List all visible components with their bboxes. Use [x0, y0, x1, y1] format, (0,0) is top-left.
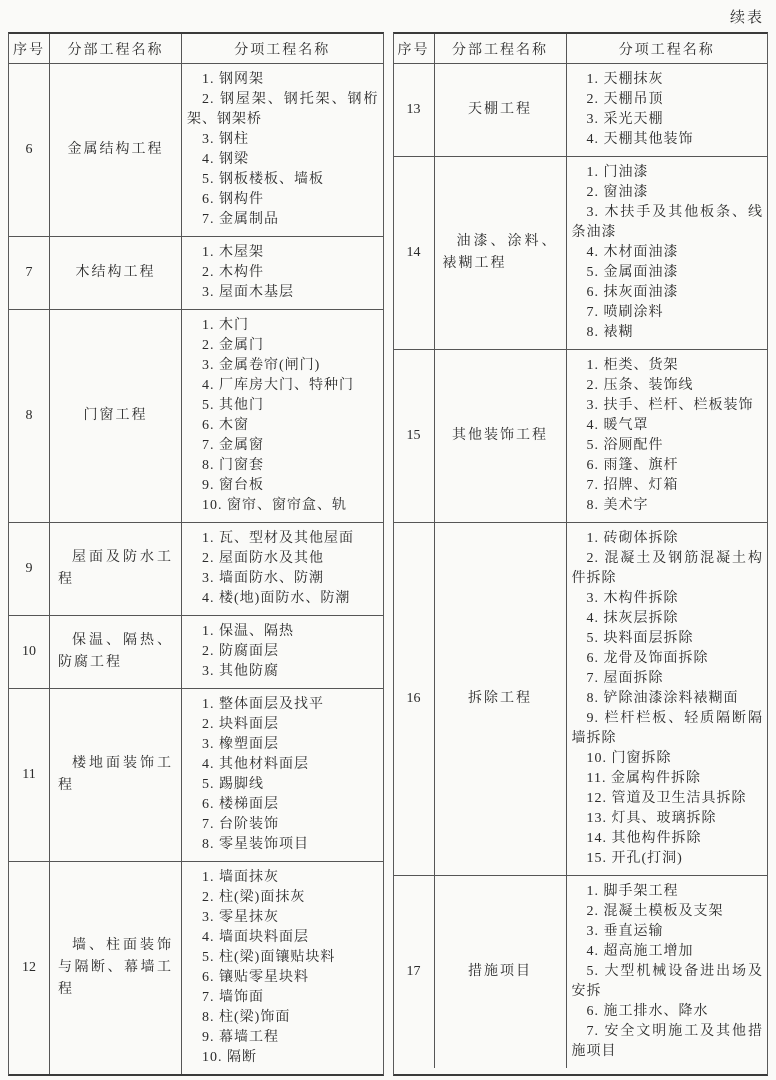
item-text: 12. 管道及卫生洁具拆除 — [572, 789, 764, 809]
column-header: 序号 — [394, 34, 434, 63]
item-text: 3. 金属卷帘(闸门) — [187, 356, 379, 376]
item-text: 3. 采光天棚 — [572, 110, 764, 130]
item-text: 4. 超高施工增加 — [572, 942, 764, 962]
division-name-cell: 油漆、涂料、裱糊工程 — [434, 157, 566, 349]
division-name-cell: 天棚工程 — [434, 64, 566, 156]
items-cell: 1. 墙面抹灰2. 柱(梁)面抹灰3. 零星抹灰4. 墙面块料面层5. 柱(梁)… — [181, 862, 383, 1074]
item-text: 4. 木材面油漆 — [572, 243, 764, 263]
item-text: 9. 幕墙工程 — [187, 1028, 379, 1048]
division-name: 措施项目 — [443, 961, 558, 983]
item-text: 2. 块料面层 — [187, 715, 379, 735]
item-text: 7. 金属窗 — [187, 436, 379, 456]
item-text: 6. 施工排水、降水 — [572, 1002, 764, 1022]
division-name-cell: 措施项目 — [434, 876, 566, 1068]
division-name: 楼地面装饰工程 — [58, 753, 173, 797]
item-text: 4. 其他材料面层 — [187, 755, 379, 775]
items-cell: 1. 脚手架工程2. 混凝土模板及支架3. 垂直运输4. 超高施工增加5. 大型… — [566, 876, 768, 1068]
item-text: 7. 台阶装饰 — [187, 815, 379, 835]
table-row: 11楼地面装饰工程1. 整体面层及找平2. 块料面层3. 橡塑面层4. 其他材料… — [9, 688, 383, 861]
items-cell: 1. 天棚抹灰2. 天棚吊顶3. 采光天棚4. 天棚其他装饰 — [566, 64, 768, 156]
item-text: 2. 金属门 — [187, 336, 379, 356]
item-text: 8. 铲除油漆涂料裱糊面 — [572, 689, 764, 709]
division-name-cell: 保温、隔热、防腐工程 — [49, 616, 181, 688]
division-name: 屋面及防水工程 — [58, 547, 173, 591]
division-name-cell: 金属结构工程 — [49, 64, 181, 236]
item-text: 1. 木屋架 — [187, 243, 379, 263]
division-name: 拆除工程 — [443, 688, 558, 710]
item-text: 2. 防腐面层 — [187, 642, 379, 662]
column-header: 分部工程名称 — [434, 34, 566, 63]
items-cell: 1. 瓦、型材及其他屋面2. 屋面防水及其他3. 墙面防水、防潮4. 楼(地)面… — [181, 523, 383, 615]
division-name-cell: 楼地面装饰工程 — [49, 689, 181, 861]
division-name: 油漆、涂料、裱糊工程 — [443, 231, 558, 275]
items-cell: 1. 木门2. 金属门3. 金属卷帘(闸门)4. 厂库房大门、特种门5. 其他门… — [181, 310, 383, 522]
items-cell: 1. 木屋架2. 木构件3. 屋面木基层 — [181, 237, 383, 309]
item-text: 1. 脚手架工程 — [572, 882, 764, 902]
item-text: 4. 厂库房大门、特种门 — [187, 376, 379, 396]
item-text: 15. 开孔(打洞) — [572, 849, 764, 869]
item-text: 9. 栏杆栏板、轻质隔断隔墙拆除 — [572, 709, 764, 749]
column-header: 分项工程名称 — [181, 34, 383, 63]
item-text: 1. 保温、隔热 — [187, 622, 379, 642]
item-text: 8. 美术字 — [572, 496, 764, 516]
item-text: 4. 墙面块料面层 — [187, 928, 379, 948]
division-name: 其他装饰工程 — [443, 425, 558, 447]
division-name: 门窗工程 — [58, 405, 173, 427]
item-text: 2. 柱(梁)面抹灰 — [187, 888, 379, 908]
division-name-cell: 屋面及防水工程 — [49, 523, 181, 615]
division-name: 金属结构工程 — [58, 139, 173, 161]
item-text: 5. 其他门 — [187, 396, 379, 416]
item-text: 5. 钢板楼板、墙板 — [187, 170, 379, 190]
item-text: 6. 镶贴零星块料 — [187, 968, 379, 988]
item-text: 1. 砖砌体拆除 — [572, 529, 764, 549]
item-text: 1. 瓦、型材及其他屋面 — [187, 529, 379, 549]
item-text: 9. 窗台板 — [187, 476, 379, 496]
column-header: 序号 — [9, 34, 49, 63]
tables-container: 序号分部工程名称分项工程名称6金属结构工程1. 钢网架2. 钢屋架、钢托架、钢桁… — [8, 32, 768, 1076]
table-row: 15其他装饰工程1. 柜类、货架2. 压条、装饰线3. 扶手、栏杆、栏板装饰4.… — [394, 349, 768, 522]
division-name: 墙、柱面装饰与隔断、幕墙工程 — [58, 935, 173, 1001]
item-text: 7. 招牌、灯箱 — [572, 476, 764, 496]
header-row: 序号分部工程名称分项工程名称 — [9, 34, 383, 63]
item-text: 3. 木构件拆除 — [572, 589, 764, 609]
row-number: 14 — [394, 157, 434, 349]
item-text: 2. 屋面防水及其他 — [187, 549, 379, 569]
row-number: 12 — [9, 862, 49, 1074]
items-cell: 1. 门油漆2. 窗油漆3. 木扶手及其他板条、线条油漆4. 木材面油漆5. 金… — [566, 157, 768, 349]
row-number: 16 — [394, 523, 434, 875]
items-cell: 1. 保温、隔热2. 防腐面层3. 其他防腐 — [181, 616, 383, 688]
items-cell: 1. 钢网架2. 钢屋架、钢托架、钢桁架、钢架桥3. 钢柱4. 钢梁5. 钢板楼… — [181, 64, 383, 236]
table-row: 12墙、柱面装饰与隔断、幕墙工程1. 墙面抹灰2. 柱(梁)面抹灰3. 零星抹灰… — [9, 861, 383, 1074]
table-row: 16拆除工程1. 砖砌体拆除2. 混凝土及钢筋混凝土构件拆除3. 木构件拆除4.… — [394, 522, 768, 875]
row-number: 17 — [394, 876, 434, 1068]
items-cell: 1. 砖砌体拆除2. 混凝土及钢筋混凝土构件拆除3. 木构件拆除4. 抹灰层拆除… — [566, 523, 768, 875]
row-number: 10 — [9, 616, 49, 688]
item-text: 3. 扶手、栏杆、栏板装饰 — [572, 396, 764, 416]
item-text: 2. 天棚吊顶 — [572, 90, 764, 110]
item-text: 2. 窗油漆 — [572, 183, 764, 203]
row-number: 6 — [9, 64, 49, 236]
division-name-cell: 木结构工程 — [49, 237, 181, 309]
item-text: 6. 雨篷、旗杆 — [572, 456, 764, 476]
item-text: 3. 橡塑面层 — [187, 735, 379, 755]
item-text: 6. 钢构件 — [187, 190, 379, 210]
item-text: 2. 钢屋架、钢托架、钢桁架、钢架桥 — [187, 90, 379, 130]
left-table: 序号分部工程名称分项工程名称6金属结构工程1. 钢网架2. 钢屋架、钢托架、钢桁… — [8, 32, 384, 1076]
item-text: 4. 钢梁 — [187, 150, 379, 170]
item-text: 3. 屋面木基层 — [187, 283, 379, 303]
item-text: 3. 木扶手及其他板条、线条油漆 — [572, 203, 764, 243]
item-text: 5. 块料面层拆除 — [572, 629, 764, 649]
table-row: 17措施项目1. 脚手架工程2. 混凝土模板及支架3. 垂直运输4. 超高施工增… — [394, 875, 768, 1068]
item-text: 8. 门窗套 — [187, 456, 379, 476]
item-text: 7. 屋面拆除 — [572, 669, 764, 689]
item-text: 5. 柱(梁)面镶贴块料 — [187, 948, 379, 968]
header-row: 序号分部工程名称分项工程名称 — [394, 34, 768, 63]
item-text: 6. 龙骨及饰面拆除 — [572, 649, 764, 669]
item-text: 3. 墙面防水、防潮 — [187, 569, 379, 589]
item-text: 2. 木构件 — [187, 263, 379, 283]
item-text: 7. 金属制品 — [187, 210, 379, 230]
item-text: 1. 墙面抹灰 — [187, 868, 379, 888]
item-text: 1. 柜类、货架 — [572, 356, 764, 376]
row-number: 15 — [394, 350, 434, 522]
item-text: 5. 踢脚线 — [187, 775, 379, 795]
item-text: 8. 裱糊 — [572, 323, 764, 343]
row-number: 13 — [394, 64, 434, 156]
item-text: 1. 整体面层及找平 — [187, 695, 379, 715]
row-number: 8 — [9, 310, 49, 522]
item-text: 4. 抹灰层拆除 — [572, 609, 764, 629]
table-row: 8门窗工程1. 木门2. 金属门3. 金属卷帘(闸门)4. 厂库房大门、特种门5… — [9, 309, 383, 522]
row-number: 11 — [9, 689, 49, 861]
item-text: 4. 楼(地)面防水、防潮 — [187, 589, 379, 609]
item-text: 2. 混凝土及钢筋混凝土构件拆除 — [572, 549, 764, 589]
right-table: 序号分部工程名称分项工程名称13天棚工程1. 天棚抹灰2. 天棚吊顶3. 采光天… — [393, 32, 769, 1076]
item-text: 5. 大型机械设备进出场及安拆 — [572, 962, 764, 1002]
item-text: 10. 窗帘、窗帘盒、轨 — [187, 496, 379, 516]
item-text: 8. 零星装饰项目 — [187, 835, 379, 855]
item-text: 4. 暖气罩 — [572, 416, 764, 436]
item-text: 6. 楼梯面层 — [187, 795, 379, 815]
row-number: 9 — [9, 523, 49, 615]
item-text: 7. 安全文明施工及其他措施项目 — [572, 1022, 764, 1062]
items-cell: 1. 整体面层及找平2. 块料面层3. 橡塑面层4. 其他材料面层5. 踢脚线6… — [181, 689, 383, 861]
table-row: 13天棚工程1. 天棚抹灰2. 天棚吊顶3. 采光天棚4. 天棚其他装饰 — [394, 63, 768, 156]
item-text: 8. 柱(梁)饰面 — [187, 1008, 379, 1028]
row-number: 7 — [9, 237, 49, 309]
item-text: 3. 其他防腐 — [187, 662, 379, 682]
item-text: 11. 金属构件拆除 — [572, 769, 764, 789]
item-text: 6. 木窗 — [187, 416, 379, 436]
item-text: 7. 墙饰面 — [187, 988, 379, 1008]
division-name-cell: 拆除工程 — [434, 523, 566, 875]
division-name: 保温、隔热、防腐工程 — [58, 630, 173, 674]
table-row: 10保温、隔热、防腐工程1. 保温、隔热2. 防腐面层3. 其他防腐 — [9, 615, 383, 688]
item-text: 10. 隔断 — [187, 1048, 379, 1068]
table-row: 14油漆、涂料、裱糊工程1. 门油漆2. 窗油漆3. 木扶手及其他板条、线条油漆… — [394, 156, 768, 349]
item-text: 13. 灯具、玻璃拆除 — [572, 809, 764, 829]
item-text: 5. 金属面油漆 — [572, 263, 764, 283]
item-text: 3. 垂直运输 — [572, 922, 764, 942]
item-text: 5. 浴厕配件 — [572, 436, 764, 456]
table-row: 7木结构工程1. 木屋架2. 木构件3. 屋面木基层 — [9, 236, 383, 309]
division-name-cell: 门窗工程 — [49, 310, 181, 522]
item-text: 3. 零星抹灰 — [187, 908, 379, 928]
item-text: 1. 钢网架 — [187, 70, 379, 90]
column-header: 分部工程名称 — [49, 34, 181, 63]
item-text: 2. 混凝土模板及支架 — [572, 902, 764, 922]
division-name: 木结构工程 — [58, 262, 173, 284]
item-text: 2. 压条、装饰线 — [572, 376, 764, 396]
document-page: 续表 序号分部工程名称分项工程名称6金属结构工程1. 钢网架2. 钢屋架、钢托架… — [0, 0, 776, 1080]
item-text: 1. 木门 — [187, 316, 379, 336]
item-text: 6. 抹灰面油漆 — [572, 283, 764, 303]
item-text: 3. 钢柱 — [187, 130, 379, 150]
items-cell: 1. 柜类、货架2. 压条、装饰线3. 扶手、栏杆、栏板装饰4. 暖气罩5. 浴… — [566, 350, 768, 522]
continuation-label: 续表 — [730, 6, 764, 27]
table-row: 9屋面及防水工程1. 瓦、型材及其他屋面2. 屋面防水及其他3. 墙面防水、防潮… — [9, 522, 383, 615]
table-row: 6金属结构工程1. 钢网架2. 钢屋架、钢托架、钢桁架、钢架桥3. 钢柱4. 钢… — [9, 63, 383, 236]
item-text: 1. 天棚抹灰 — [572, 70, 764, 90]
column-header: 分项工程名称 — [566, 34, 768, 63]
item-text: 7. 喷刷涂料 — [572, 303, 764, 323]
division-name-cell: 其他装饰工程 — [434, 350, 566, 522]
item-text: 1. 门油漆 — [572, 163, 764, 183]
division-name: 天棚工程 — [443, 99, 558, 121]
item-text: 10. 门窗拆除 — [572, 749, 764, 769]
item-text: 4. 天棚其他装饰 — [572, 130, 764, 150]
division-name-cell: 墙、柱面装饰与隔断、幕墙工程 — [49, 862, 181, 1074]
item-text: 14. 其他构件拆除 — [572, 829, 764, 849]
